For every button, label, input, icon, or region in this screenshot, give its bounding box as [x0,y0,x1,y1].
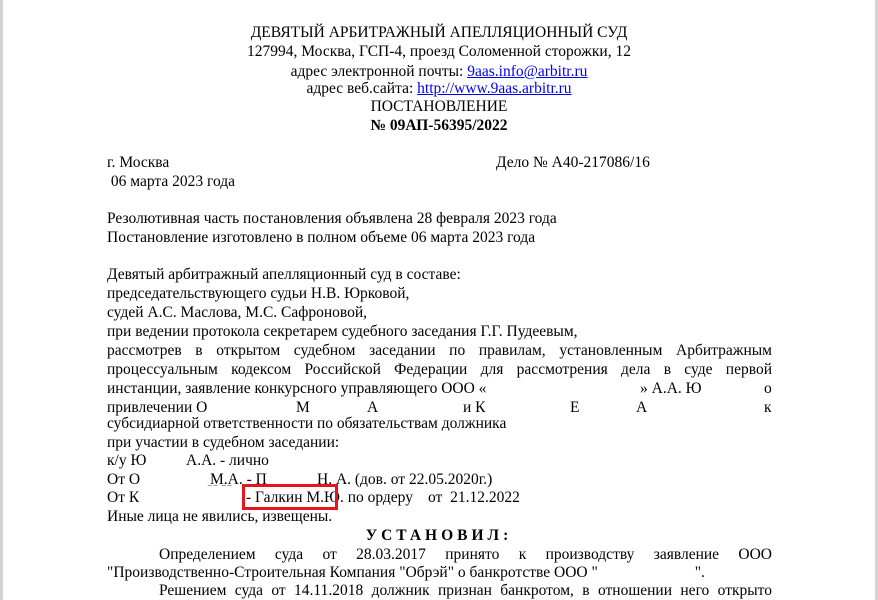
attendance-row-1a: к/у Ю [107,451,146,470]
composition-para-3a: инстанции, заявление конкурсного управля… [107,379,486,398]
composition-para-2: процессуальным кодексом Российской Федер… [107,360,772,379]
attendance-row-3-tail: от 21.12.2022 [428,488,520,507]
attendance-row-2a: От О [107,470,140,489]
composition-para-4-part-7: к [764,398,772,417]
decision-date: 06 марта 2023 года [107,172,235,191]
attendance-title: при участии в судебном заседании: [107,433,339,452]
established-title: УСТАНОВИЛ: [0,526,878,545]
email-label: адрес электронной почты: [291,63,468,80]
composition-para-3b: » А.А. Ю [640,379,702,398]
composition-para-4-part-5: Е [570,398,579,417]
resolution-announced: Резолютивная часть постановления объявле… [107,209,557,228]
composition-line-3: судей А.С. Маслова, М.С. Сафроновой, [107,303,367,322]
attendance-row-3a: От К [107,488,139,507]
document-page: ДЕВЯТЫЙ АРБИТРАЖНЫЙ АПЕЛЛЯЦИОННЫЙ СУД 12… [0,0,878,600]
composition-para-3c: о [764,379,772,398]
composition-para-4-part-6: А [636,398,647,417]
case-number: Дело № А40-217086/16 [496,153,650,172]
doc-number: № 09АП-56395/2022 [0,116,878,135]
composition-line-4: при ведении протокола секретарем судебно… [107,322,578,341]
court-name: ДЕВЯТЫЙ АРБИТРАЖНЫЙ АПЕЛЛЯЦИОННЫЙ СУД [0,23,878,42]
attendance-row-2c: Н. А. (дов. от 22.05.2020г.) [317,470,492,489]
court-address: 127994, Москва, ГСП-4, проезд Соломенной… [0,42,878,61]
attendance-row-1b: А.А. - лично [186,451,269,470]
full-text-made: Постановление изготовлено в полном объем… [107,228,535,247]
established-p2-line1: Решением суда от 14.11.2018 должник приз… [107,581,772,600]
website-label: адрес веб.сайта: [306,80,417,97]
attendance-row-3-dashes: ‾ ‾ ‾ ‾ [208,482,231,501]
city: г. Москва [107,153,169,172]
doc-type: ПОСТАНОВЛЕНИЕ [0,97,878,116]
established-p1-line2: "Производственно-Строительная Компания "… [107,563,705,582]
composition-para-1: рассмотрев в открытом судебном заседании… [107,341,772,360]
email-link[interactable]: 9aas.info@arbitr.ru [467,63,587,80]
website-line: адрес веб.сайта: http://www.9aas.arbitr.… [0,79,878,98]
composition-para-5: субсидиарной ответственности по обязател… [107,414,506,433]
attendance-absent: Иные лица не явились, извещены. [107,507,332,526]
established-p1-line1: Определением суда от 28.03.2017 принято … [107,545,772,564]
composition-line-2: председательствующего судьи Н.В. Юрковой… [107,284,409,303]
website-link[interactable]: http://www.9aas.arbitr.ru [417,80,571,97]
composition-line-1: Девятый арбитражный апелляционный суд в … [107,265,461,284]
